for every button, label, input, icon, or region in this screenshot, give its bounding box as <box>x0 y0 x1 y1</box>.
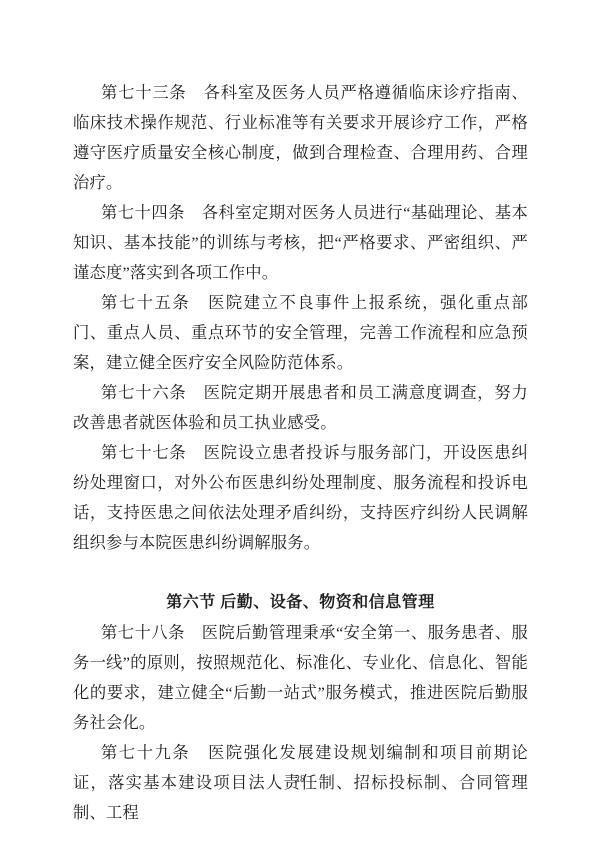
article-78-paragraph: 第七十八条 医院后勤管理秉承“安全第一、服务患者、服务一线”的原则，按照规范化、… <box>73 618 528 738</box>
article-73-paragraph: 第七十三条 各科室及医务人员严格遵循临床诊疗指南、临床技术操作规范、行业标准等有… <box>73 78 528 198</box>
document-page: 第七十三条 各科室及医务人员严格遵循临床诊疗指南、临床技术操作规范、行业标准等有… <box>0 0 600 849</box>
article-76-paragraph: 第七十六条 医院定期开展患者和员工满意度调查，努力改善患者就医体验和员工执业感受… <box>73 378 528 438</box>
article-75-paragraph: 第七十五条 医院建立不良事件上报系统，强化重点部门、重点人员、重点环节的安全管理… <box>73 288 528 378</box>
page-number: 28 <box>0 772 600 786</box>
section-6-heading: 第六节 后勤、设备、物资和信息管理 <box>73 588 528 618</box>
article-74-paragraph: 第七十四条 各科室定期对医务人员进行“基础理论、基本知识、基本技能”的训练与考核… <box>73 198 528 288</box>
document-content: 第七十三条 各科室及医务人员严格遵循临床诊疗指南、临床技术操作规范、行业标准等有… <box>73 78 528 828</box>
article-77-paragraph: 第七十七条 医院设立患者投诉与服务部门，开设医患纠纷处理窗口，对外公布医患纠纷处… <box>73 438 528 558</box>
